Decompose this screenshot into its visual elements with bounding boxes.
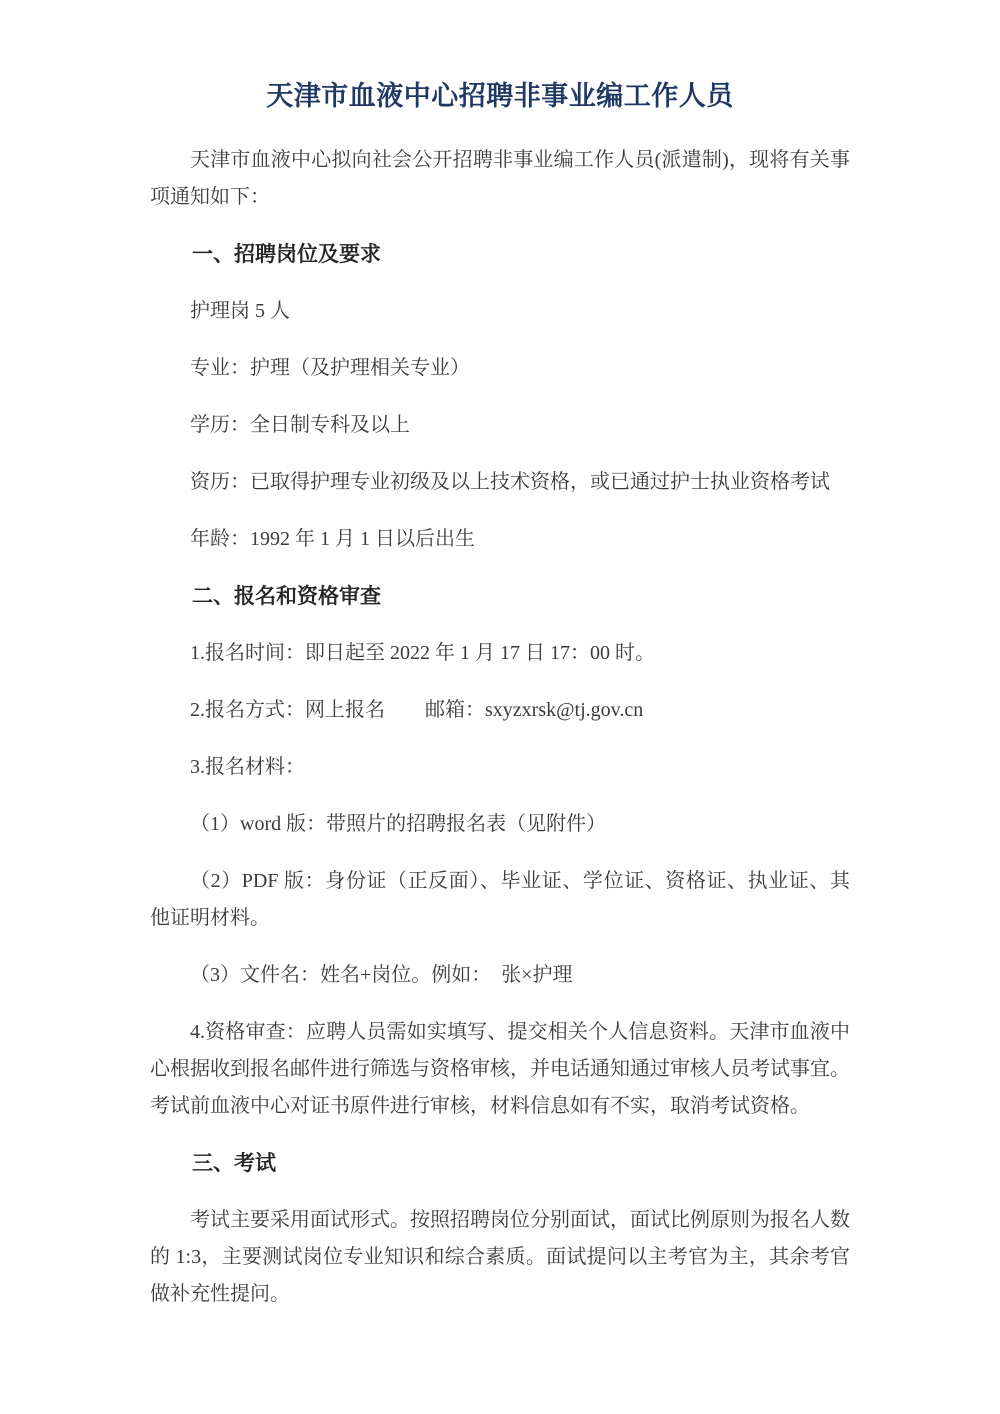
paragraph-registration-materials: 3.报名材料： — [150, 749, 850, 786]
paragraph-registration-method: 2.报名方式：网上报名 邮箱：sxyzxrsk@tj.gov.cn — [150, 692, 850, 729]
paragraph-material-word: （1）word 版：带照片的招聘报名表（见附件） — [150, 806, 850, 843]
document-title: 天津市血液中心招聘非事业编工作人员 — [150, 76, 850, 116]
paragraph-position-count: 护理岗 5 人 — [150, 293, 850, 330]
paragraph-qualification-requirement: 资历：已取得护理专业初级及以上技术资格，或已通过护士执业资格考试 — [150, 464, 850, 501]
paragraph-qualification-review: 4.资格审查：应聘人员需如实填写、提交相关个人信息资料。天津市血液中心根据收到报… — [150, 1014, 850, 1125]
heading-section-3: 三、考试 — [150, 1145, 850, 1182]
paragraph-age-requirement: 年龄：1992 年 1 月 1 日以后出生 — [150, 521, 850, 558]
paragraph-registration-time: 1.报名时间：即日起至 2022 年 1 月 17 日 17：00 时。 — [150, 635, 850, 672]
heading-section-2: 二、报名和资格审查 — [150, 578, 850, 615]
paragraph-major-requirement: 专业：护理（及护理相关专业） — [150, 350, 850, 387]
heading-section-1: 一、招聘岗位及要求 — [150, 236, 850, 273]
intro-paragraph: 天津市血液中心拟向社会公开招聘非事业编工作人员(派遣制)，现将有关事项通知如下： — [150, 142, 850, 216]
paragraph-material-pdf: （2）PDF 版：身份证（正反面）、毕业证、学位证、资格证、执业证、其他证明材料… — [150, 863, 850, 937]
paragraph-education-requirement: 学历：全日制专科及以上 — [150, 407, 850, 444]
paragraph-exam-format: 考试主要采用面试形式。按照招聘岗位分别面试，面试比例原则为报名人数的 1:3，主… — [150, 1202, 850, 1313]
paragraph-material-filename: （3）文件名：姓名+岗位。例如： 张×护理 — [150, 957, 850, 994]
document-page: 天津市血液中心招聘非事业编工作人员 天津市血液中心拟向社会公开招聘非事业编工作人… — [0, 0, 1000, 1414]
